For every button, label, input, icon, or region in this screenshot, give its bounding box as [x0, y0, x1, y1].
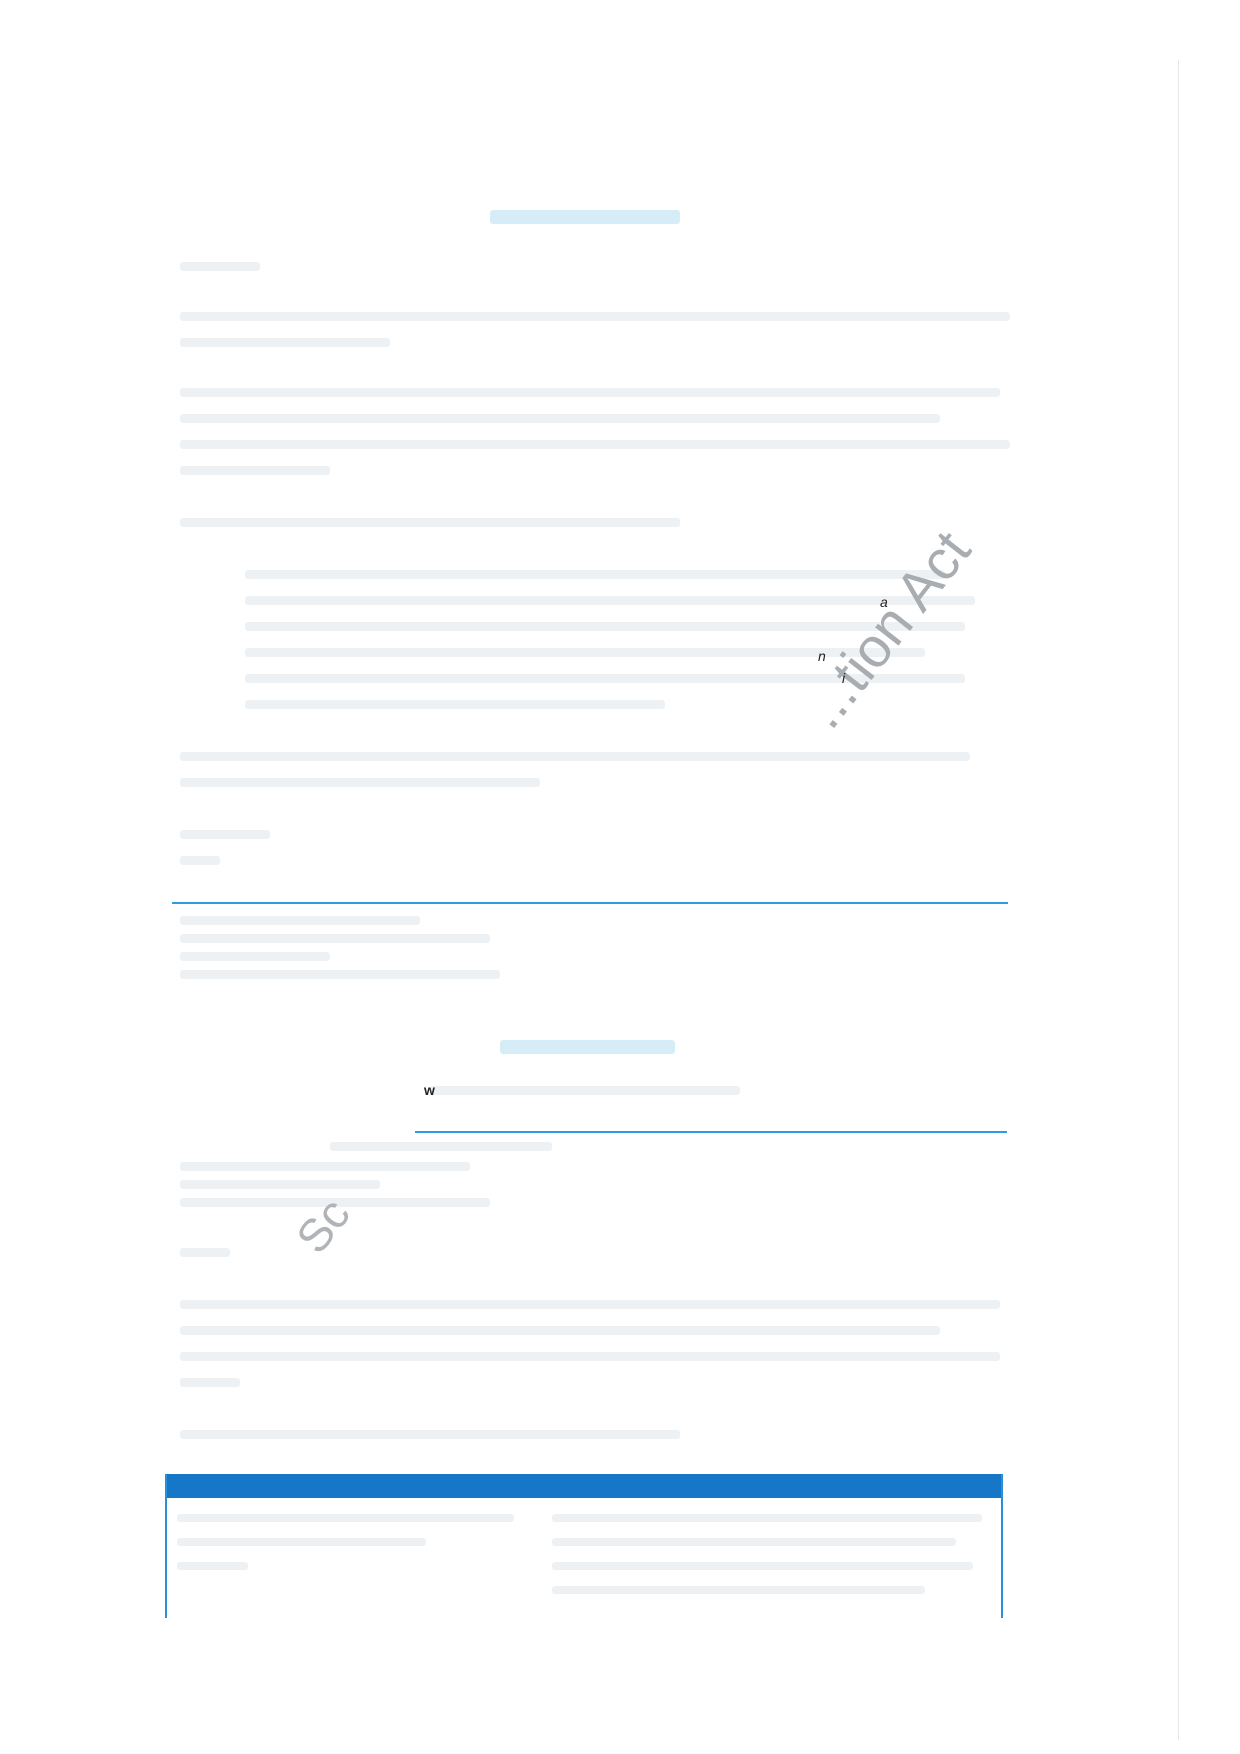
- footer-line: [180, 952, 330, 961]
- section-2-title-block: [500, 1040, 675, 1054]
- footer-line: [180, 916, 420, 925]
- watermark-letter: n: [818, 648, 826, 664]
- paragraph-line: [180, 466, 330, 475]
- table-cell: [542, 1498, 1002, 1618]
- address-line: [180, 1180, 380, 1189]
- paragraph-line: [180, 1326, 940, 1335]
- section-1-title-block: [490, 210, 680, 224]
- subtitle-line: [430, 1086, 740, 1095]
- quote-line: [245, 700, 665, 709]
- paragraph-line: [180, 388, 1000, 397]
- divider-rule: [415, 1131, 1007, 1133]
- paragraph-line: [180, 1300, 1000, 1309]
- subheading: [180, 262, 260, 271]
- page-edge: [1178, 60, 1179, 1740]
- footer-line: [180, 934, 490, 943]
- watermark-letter: a: [880, 594, 888, 610]
- paragraph-line: [180, 1430, 680, 1439]
- address-line: [180, 1162, 470, 1171]
- table-header-2: [542, 1474, 1002, 1498]
- paragraph-line: [180, 312, 1010, 321]
- paragraph-line: [180, 1378, 240, 1387]
- paragraph-line: [180, 518, 680, 527]
- watermark-letter: w: [424, 1082, 435, 1098]
- paragraph-line: [180, 414, 940, 423]
- paragraph-line: [180, 338, 390, 347]
- quote-line: [245, 570, 945, 579]
- paragraph-line: [180, 1352, 1000, 1361]
- watermark-letter: i: [842, 670, 845, 686]
- paragraph-line: [180, 752, 970, 761]
- signoff-line: [180, 856, 220, 865]
- table-row: [166, 1498, 1002, 1618]
- paragraph-line: [180, 440, 1010, 449]
- paragraph-line: [180, 778, 540, 787]
- address-line: [330, 1142, 552, 1151]
- table-cell: [166, 1498, 542, 1618]
- data-table: [165, 1474, 1003, 1618]
- table-header-1: [166, 1474, 542, 1498]
- footer-line: [180, 970, 500, 979]
- signoff-line: [180, 830, 270, 839]
- divider-rule: [172, 902, 1008, 904]
- subheading: [180, 1248, 230, 1257]
